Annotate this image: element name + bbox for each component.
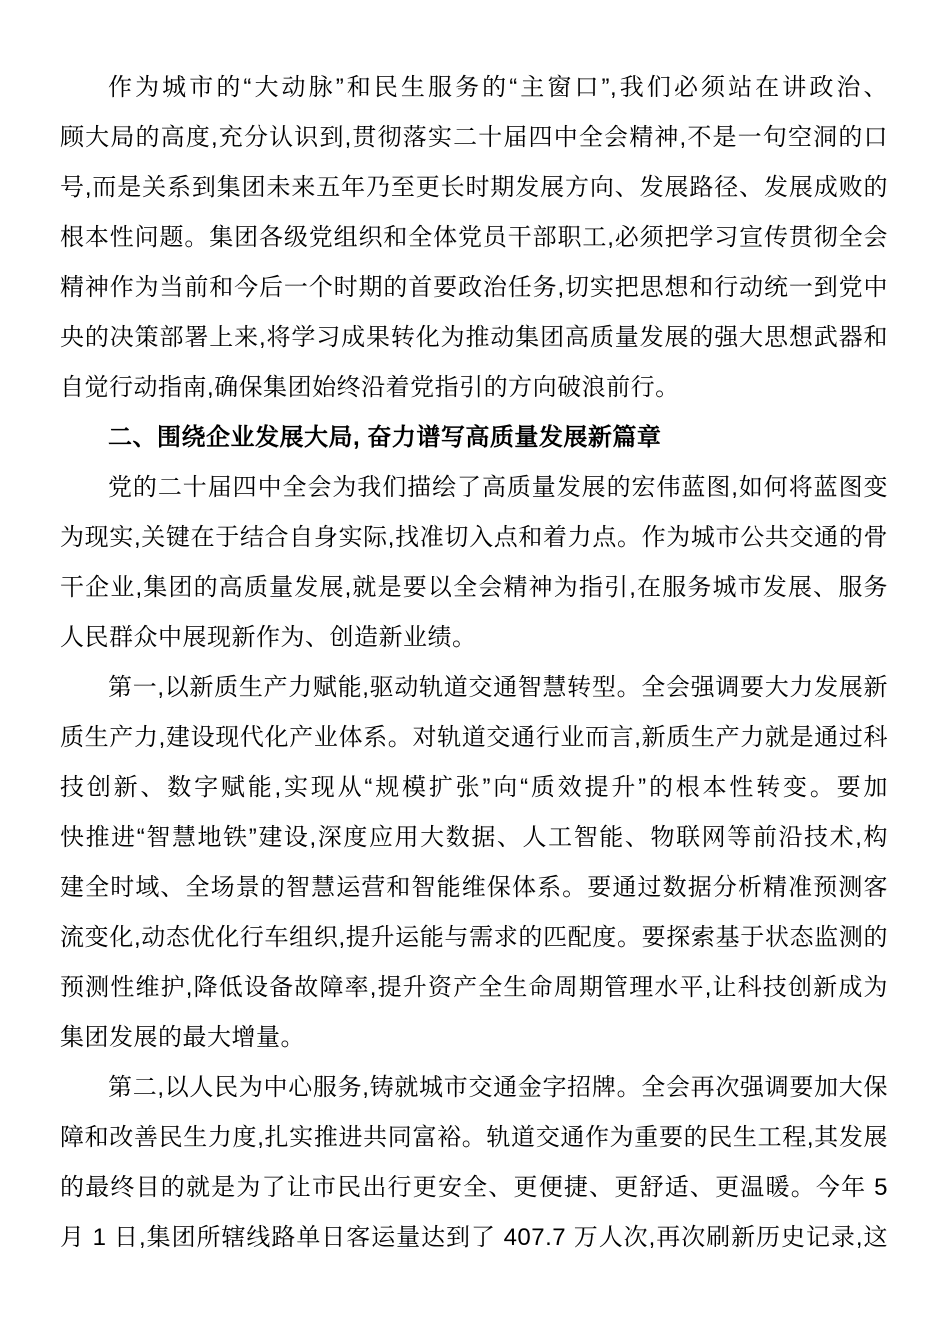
paragraph-line: 障和改善民生力度,扎实推进共同富裕。轨道交通作为重要的民生工程,其发展	[60, 1113, 888, 1163]
paragraph-line: 建全时域、全场景的智慧运营和智能维保体系。要通过数据分析精准预测客	[60, 863, 888, 913]
paragraph-line: 央的决策部署上来,将学习成果转化为推动集团高质量发展的强大思想武器和	[60, 313, 888, 363]
paragraph-line: 质生产力,建设现代化产业体系。对轨道交通行业而言,新质生产力就是通过科	[60, 713, 888, 763]
paragraph-line: 第二,以人民为中心服务,铸就城市交通金字招牌。全会再次强调要加大保	[60, 1063, 888, 1113]
paragraph-line: 自觉行动指南,确保集团始终沿着党指引的方向破浪前行。	[60, 363, 888, 413]
paragraph-line: 精神作为当前和今后一个时期的首要政治任务,切实把思想和行动统一到党中	[60, 263, 888, 313]
paragraph-line: 人民群众中展现新作为、创造新业绩。	[60, 613, 888, 663]
paragraph-line: 流变化,动态优化行车组织,提升运能与需求的匹配度。要探索基于状态监测的	[60, 913, 888, 963]
paragraph-line: 号,而是关系到集团未来五年乃至更长时期发展方向、发展路径、发展成败的	[60, 163, 888, 213]
paragraph-line: 干企业,集团的高质量发展,就是要以全会精神为指引,在服务城市发展、服务	[60, 563, 888, 613]
paragraph-line: 的最终目的就是为了让市民出行更安全、更便捷、更舒适、更温暖。今年 5	[60, 1163, 888, 1213]
paragraph-line: 快推进“智慧地铁”建设,深度应用大数据、人工智能、物联网等前沿技术,构	[60, 813, 888, 863]
paragraph-line: 为现实,关键在于结合自身实际,找准切入点和着力点。作为城市公共交通的骨	[60, 513, 888, 563]
paragraph-line: 预测性维护,降低设备故障率,提升资产全生命周期管理水平,让科技创新成为	[60, 963, 888, 1013]
document-page: 作为城市的“大动脉”和民生服务的“主窗口”,我们必须站在讲政治、顾大局的高度,充…	[0, 0, 950, 1344]
paragraph-line: 作为城市的“大动脉”和民生服务的“主窗口”,我们必须站在讲政治、	[60, 63, 888, 113]
paragraph-line: 第一,以新质生产力赋能,驱动轨道交通智慧转型。全会强调要大力发展新	[60, 663, 888, 713]
section-heading-line: 二、围绕企业发展大局, 奋力谱写高质量发展新篇章	[60, 413, 888, 463]
paragraph-line: 集团发展的最大增量。	[60, 1013, 888, 1063]
paragraph-line: 月 1 日,集团所辖线路单日客运量达到了 407.7 万人次,再次刷新历史记录,…	[60, 1213, 888, 1263]
document-body: 作为城市的“大动脉”和民生服务的“主窗口”,我们必须站在讲政治、顾大局的高度,充…	[60, 63, 888, 1263]
paragraph-line: 党的二十届四中全会为我们描绘了高质量发展的宏伟蓝图,如何将蓝图变	[60, 463, 888, 513]
paragraph-line: 根本性问题。集团各级党组织和全体党员干部职工,必须把学习宣传贯彻全会	[60, 213, 888, 263]
paragraph-line: 技创新、数字赋能,实现从“规模扩张”向“质效提升”的根本性转变。要加	[60, 763, 888, 813]
paragraph-line: 顾大局的高度,充分认识到,贯彻落实二十届四中全会精神,不是一句空洞的口	[60, 113, 888, 163]
